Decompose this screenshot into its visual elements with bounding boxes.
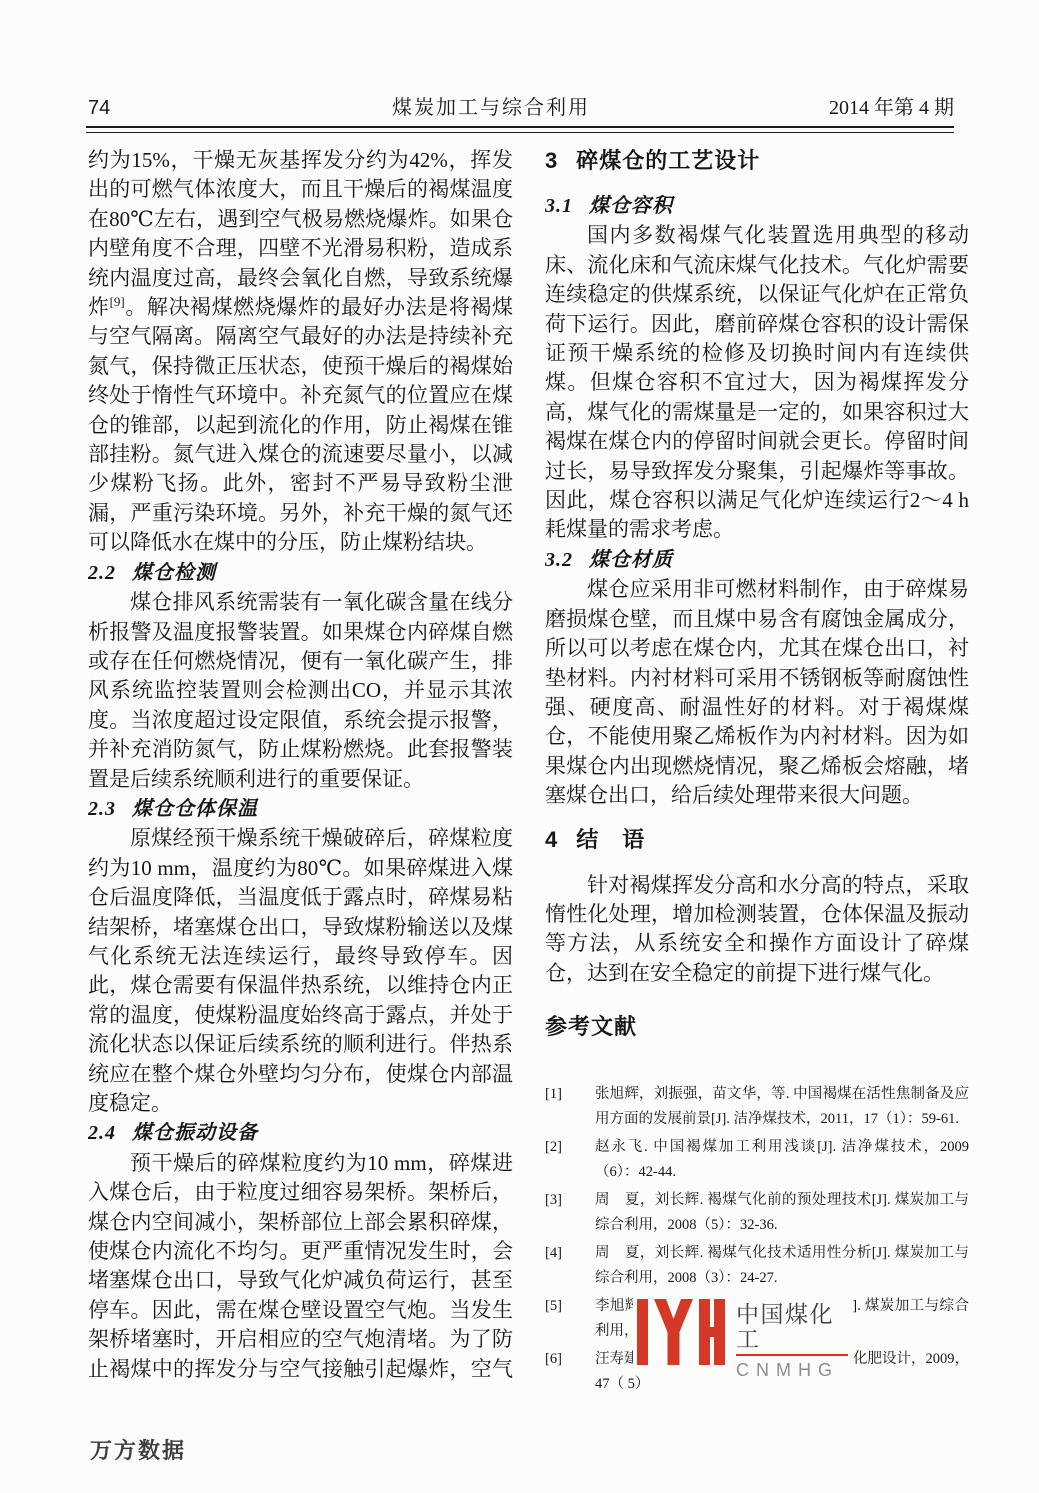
section-heading-3-2: 3.2煤仓材质 <box>545 546 969 575</box>
reference-text: 周 夏，刘长辉. 褐煤气化前的预处理技术[J]. 煤炭加工与综合利用，2008（… <box>595 1188 969 1237</box>
reference-marker: [5] <box>545 1294 595 1343</box>
header-double-rule <box>86 126 954 133</box>
reference-marker: [2] <box>545 1135 595 1184</box>
section-body-2-2: 煤仓排风系统需装有一氧化碳含量在线分析报警及温度报警装置。如果煤仓内碎煤自燃或存… <box>88 588 513 794</box>
section-title: 煤仓材质 <box>589 549 673 571</box>
reference-item: [3] 周 夏，刘长辉. 褐煤气化前的预处理技术[J]. 煤炭加工与综合利用，2… <box>545 1188 969 1237</box>
section-number: 3.1 <box>545 195 573 217</box>
issue-info: 2014 年第 4 期 <box>774 91 954 120</box>
reference-item: [1] 张旭辉，刘振强，苗文华，等. 中国褐煤在活性焦制备及应用方面的发展前景[… <box>545 1082 969 1131</box>
reference-marker: [6] <box>545 1347 595 1396</box>
section-number: 2.2 <box>88 562 116 584</box>
section-number: 2.3 <box>88 798 116 820</box>
section-number: 2.4 <box>88 1122 116 1144</box>
watermark-latin-text: CNMHG <box>736 1359 853 1381</box>
section-heading-3: 3碎煤仓的工艺设计 <box>545 146 969 176</box>
reference-text-before-watermark: 汪寿建 <box>595 1347 639 1372</box>
section-title: 碎煤仓的工艺设计 <box>576 148 760 173</box>
section-title: 煤仓检测 <box>132 562 216 584</box>
section-title: 煤仓容积 <box>589 195 673 217</box>
paragraph-continuation: 约为15%，干燥无灰基挥发分约为42%，挥发出的可燃气体浓度大，而且干燥后的褐煤… <box>88 146 513 558</box>
reference-text: 赵永飞. 中国褐煤加工利用浅谈[J]. 洁净煤技术，2009（6）：42-44. <box>595 1135 969 1184</box>
reference-marker: [1] <box>545 1082 595 1131</box>
continuation-text-post: 。解决褐煤燃烧爆炸的最好办法是将褐煤与空气隔离。隔离空气最好的办法是持续补充氮气… <box>88 295 513 554</box>
reference-text-line2: 47（ 5） <box>595 1376 649 1392</box>
references-heading: 参考文献 <box>545 1012 969 1042</box>
page-header: 74 煤炭加工与综合利用 2014 年第 4 期 <box>88 90 954 120</box>
section-number: 4 <box>545 827 558 852</box>
section-body-4: 针对褐煤挥发分高和水分高的特点，采取惰性化处理，增加检测装置，仓体保温及振动等方… <box>545 871 969 989</box>
reference-item: [4] 周 夏，刘长辉. 褐煤气化技术适用性分析[J]. 煤炭加工与综合利用，2… <box>545 1241 969 1290</box>
continuation-text-pre: 约为15%，干燥无灰基挥发分约为42%，挥发出的可燃气体浓度大，而且干燥后的褐煤… <box>88 148 513 319</box>
watermark-chinese-text: 中国煤化工 <box>736 1302 853 1352</box>
reference-marker: [3] <box>545 1188 595 1237</box>
wanfang-data-mark: 万方数据 <box>90 1434 186 1465</box>
section-title: 结 语 <box>576 827 645 852</box>
section-number: 3.2 <box>545 549 573 571</box>
scanned-paper-page: 74 煤炭加工与综合利用 2014 年第 4 期 约为15%，干燥无灰基挥发分约… <box>0 0 1039 1493</box>
reference-text-after-watermark: ]. 化肥设计，2009， <box>841 1347 969 1372</box>
right-column: 3碎煤仓的工艺设计 3.1煤仓容积 国内多数褐煤气化装置选用典型的移动床、流化床… <box>545 146 969 1436</box>
section-heading-2-3: 2.3煤仓仓体保温 <box>88 795 513 824</box>
section-number: 3 <box>545 148 558 173</box>
section-heading-4: 4结 语 <box>545 825 969 855</box>
watermark-red-underline <box>736 1354 848 1356</box>
section-body-2-3: 原煤经预干燥系统干燥破碎后，碎煤粒度约为10 mm，温度约为80℃。如果碎煤进入… <box>88 824 513 1118</box>
section-title: 煤仓仓体保温 <box>132 798 258 820</box>
section-body-3-1: 国内多数褐煤气化装置选用典型的移动床、流化床和气流床煤气化技术。气化炉需要连续稳… <box>545 221 969 544</box>
section-title: 煤仓振动设备 <box>132 1122 258 1144</box>
section-heading-3-1: 3.1煤仓容积 <box>545 192 969 221</box>
watermark-text-block: 中国煤化工 CNMHG <box>736 1299 853 1381</box>
reference-item: [2] 赵永飞. 中国褐煤加工利用浅谈[J]. 洁净煤技术，2009（6）：42… <box>545 1135 969 1184</box>
watermark-cnmhg: 中国煤化工 CNMHG <box>633 1297 853 1373</box>
section-body-2-4: 预干燥后的碎煤粒度约为10 mm，碎煤进入煤仓后，由于粒度过细容易架桥。架桥后，… <box>88 1149 513 1386</box>
citation-superscript: [9] <box>110 294 125 309</box>
reference-text: 张旭辉，刘振强，苗文华，等. 中国褐煤在活性焦制备及应用方面的发展前景[J]. … <box>595 1082 969 1131</box>
section-heading-2-4: 2.4煤仓振动设备 <box>88 1119 513 1148</box>
left-column: 约为15%，干燥无灰基挥发分约为42%，挥发出的可燃气体浓度大，而且干燥后的褐煤… <box>88 146 513 1386</box>
section-heading-2-2: 2.2煤仓检测 <box>88 559 513 588</box>
journal-title: 煤炭加工与综合利用 <box>208 91 774 120</box>
reference-text: 周 夏，刘长辉. 褐煤气化技术适用性分析[J]. 煤炭加工与综合利用，2008（… <box>595 1241 969 1290</box>
page-number: 74 <box>88 97 208 120</box>
cnmhg-logo-icon <box>637 1299 725 1365</box>
reference-marker: [4] <box>545 1241 595 1290</box>
section-body-3-2: 煤仓应采用非可燃材料制作，由于碎煤易磨损煤仓壁，而且煤中易含有腐蚀金属成分，所以… <box>545 575 969 810</box>
